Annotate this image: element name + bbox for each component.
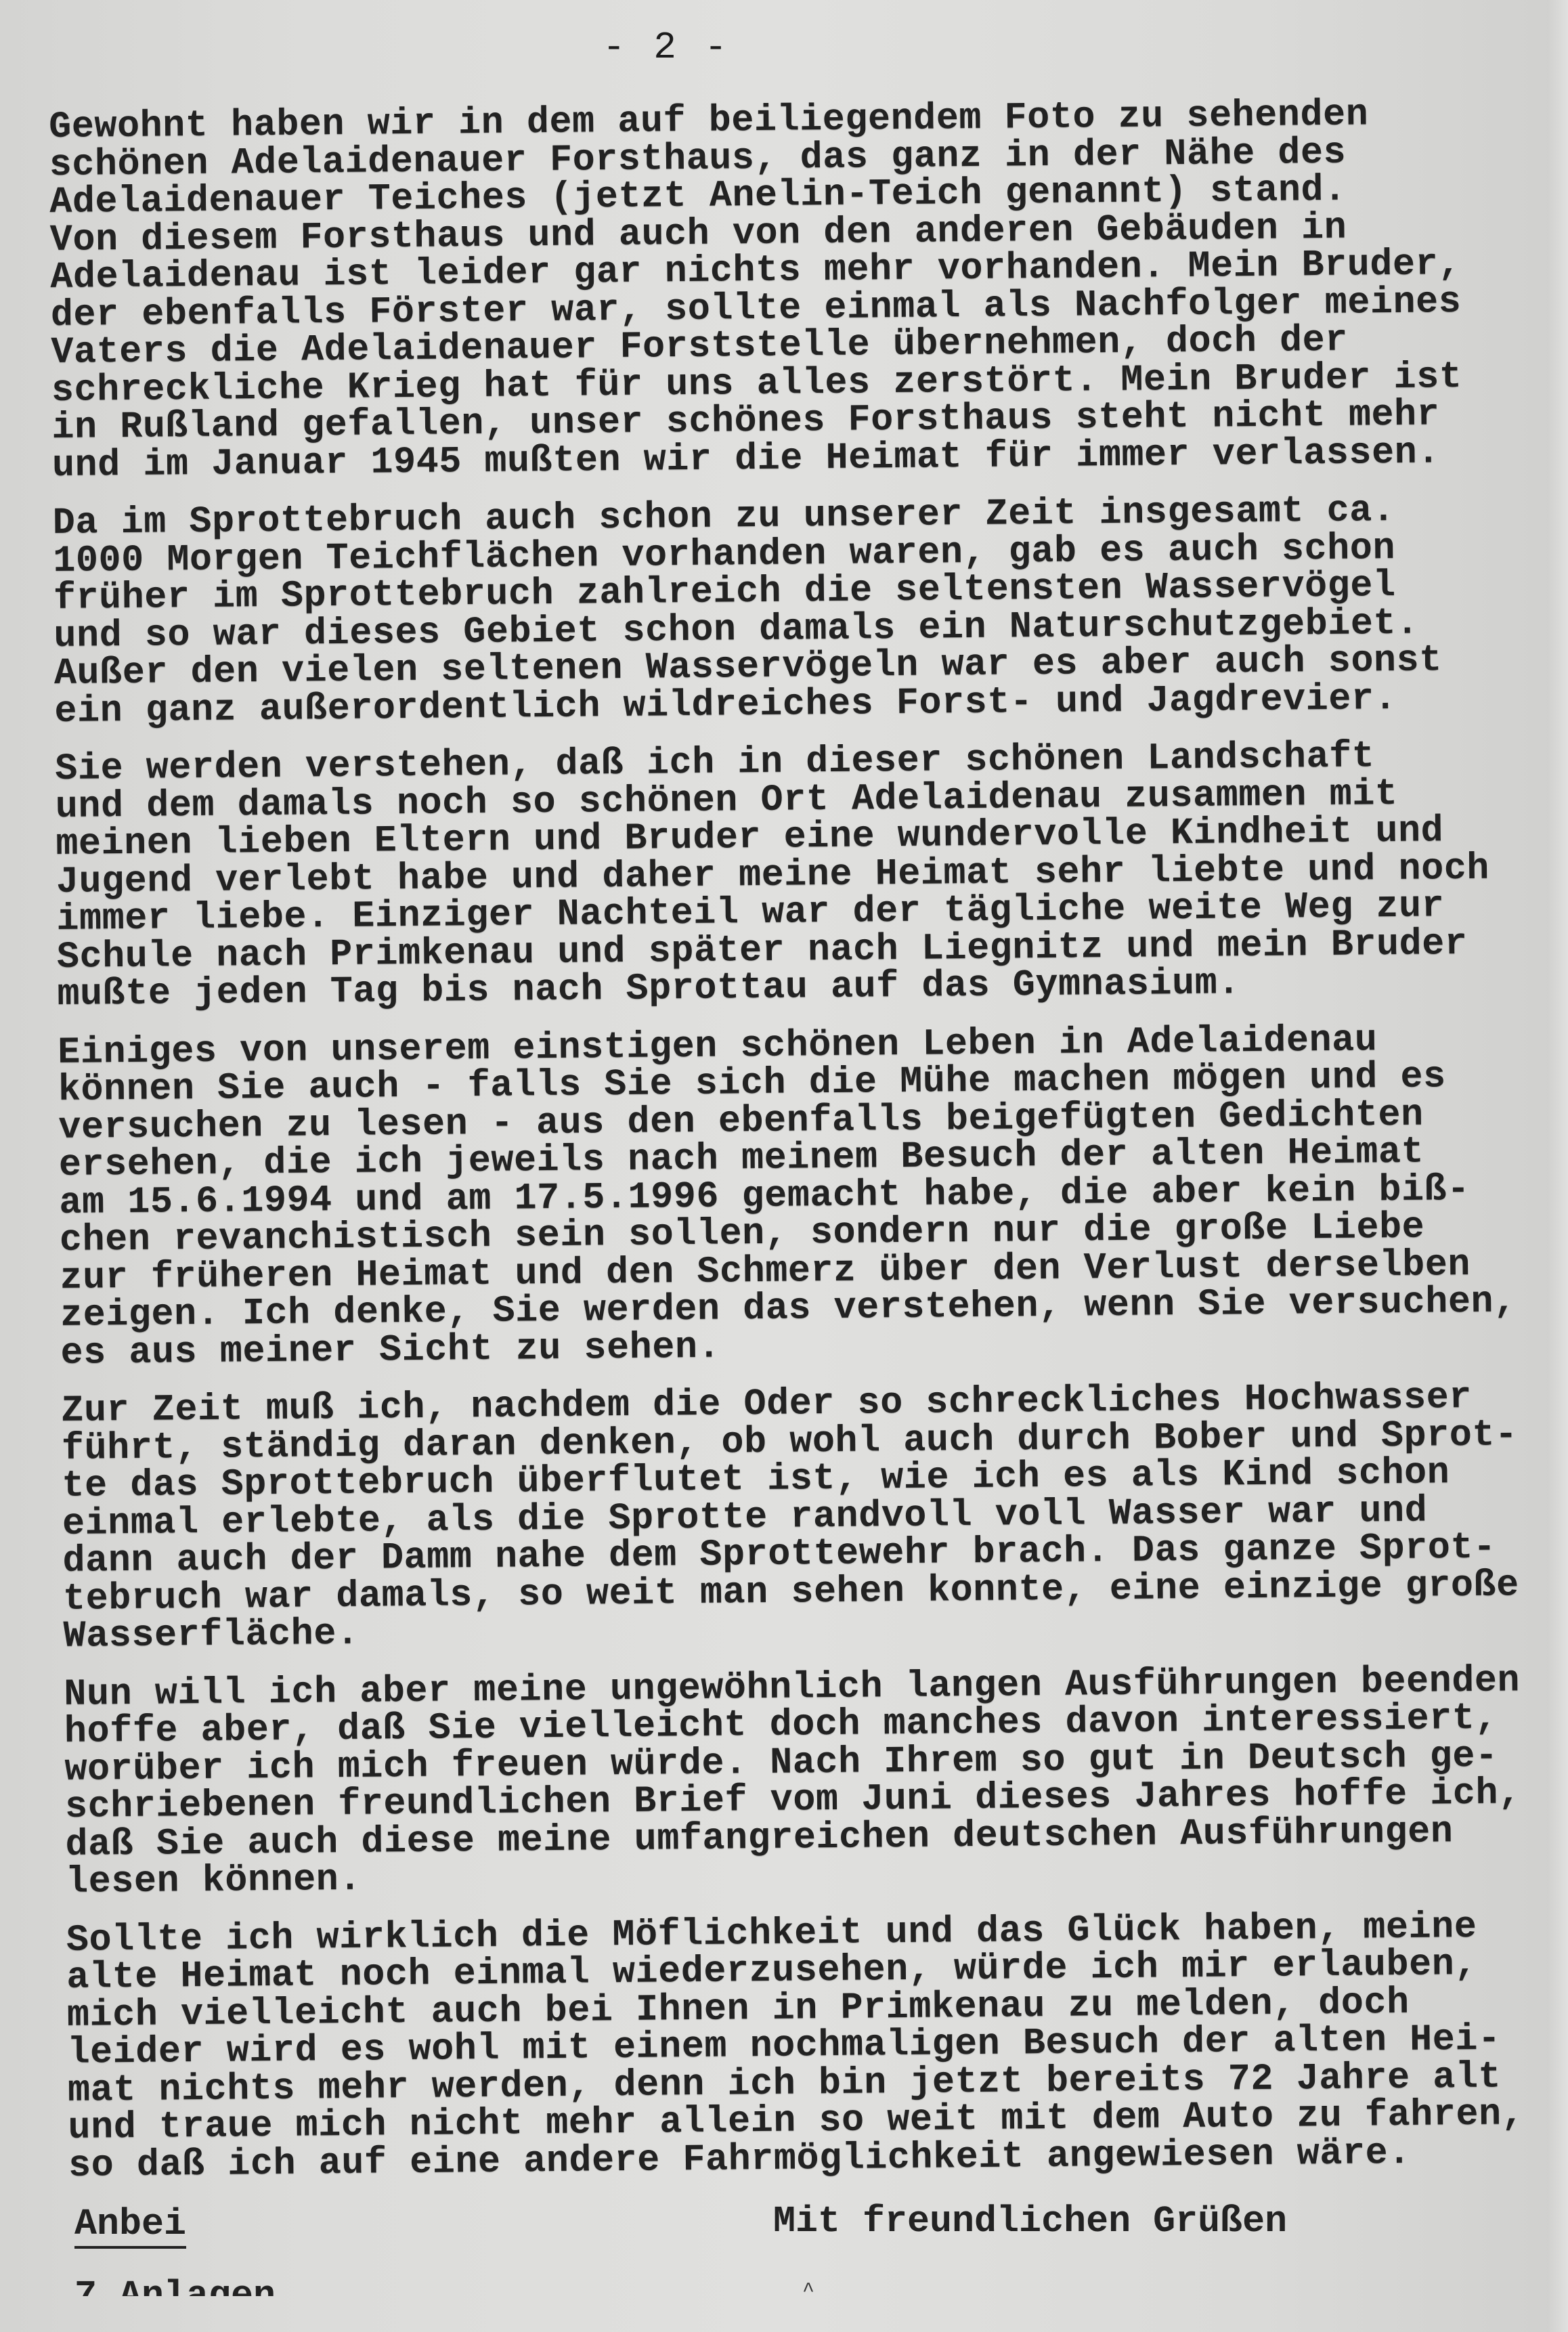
page-number: - 2 - xyxy=(603,26,730,69)
letter-closing: Anbei 7 Anlagen Mit freundlichen Grüßen … xyxy=(74,2204,1496,2332)
paragraph-besuch: Sollte ich wirklich die Möflichkeit und … xyxy=(66,1907,1559,2184)
letter-body: Gewohnt haben wir in dem auf beiliegende… xyxy=(49,94,1559,2205)
paragraph-ausfuehrungen: Nun will ich aber meine ungewöhnlich lan… xyxy=(64,1661,1555,1901)
paragraph-sprottebruch: Da im Sprottebruch auch schon zu unserer… xyxy=(53,490,1544,730)
paragraph-hochwasser: Zur Zeit muß ich, nachdem die Oder so sc… xyxy=(61,1378,1553,1656)
salutation: Mit freundlichen Grüßen xyxy=(773,2200,1287,2243)
paragraph-kindheit: Sie werden verstehen, daß ich in dieser … xyxy=(55,736,1547,1014)
enclosure-label: Anbei xyxy=(74,2204,186,2249)
paragraph-forsthaus: Gewohnt haben wir in dem auf beiliegende… xyxy=(49,94,1542,484)
paragraph-gedichte: Einiges von unserem einstigen schönen Le… xyxy=(58,1019,1550,1372)
signature-mark: ^ xyxy=(802,2280,814,2303)
enclosure-count: 7 Anlagen xyxy=(74,2277,276,2296)
